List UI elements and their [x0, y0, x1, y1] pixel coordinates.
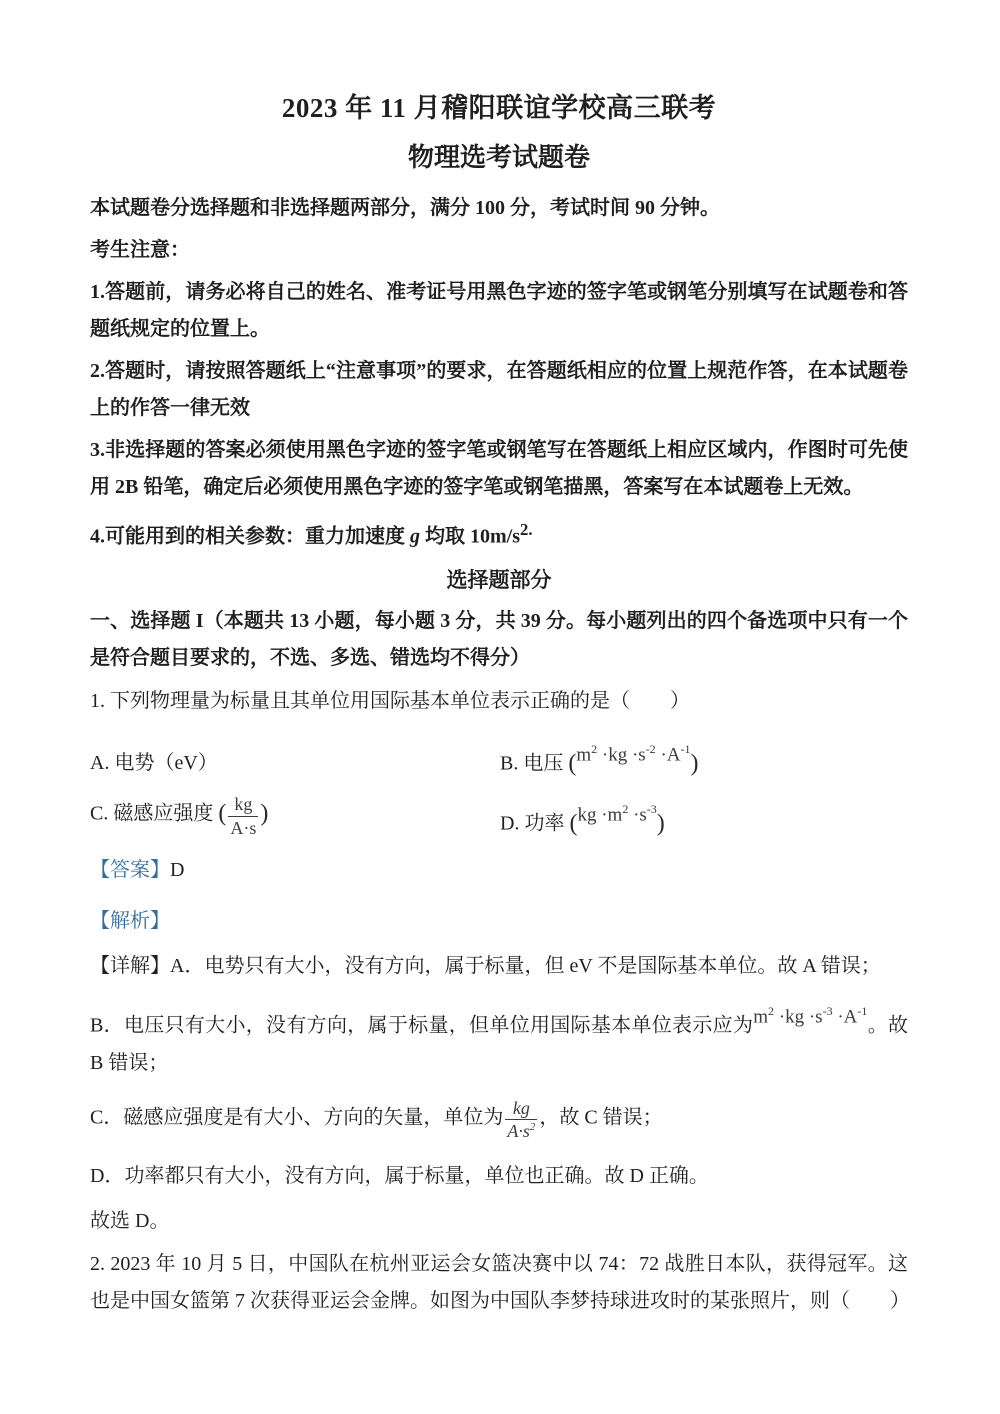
q1-options-row-2: C. 磁感应强度 (kgA·s) D. 功率 (kg ·m2 ·s-3)	[90, 794, 908, 838]
analysis-line: 【解析】	[90, 903, 908, 940]
answer-label: 【答案】	[90, 859, 170, 881]
open-paren: (	[218, 801, 226, 827]
notice-4-mid: 均取 10m/s	[420, 526, 520, 548]
q1-option-c-label: C. 磁感应强度	[90, 803, 218, 825]
exam-intro: 本试题卷分选择题和非选择题两部分，满分 100 分，考试时间 90 分钟。	[90, 190, 908, 227]
part1-heading: 一、选择题 I（本题共 13 小题，每小题 3 分，共 39 分。每小题列出的四…	[90, 603, 908, 677]
q1-option-d-unit: kg ·m2 ·s-3	[577, 794, 656, 830]
open-paren: (	[569, 810, 577, 836]
notice-4: 4.可能用到的相关参数：重力加速度 g 均取 10m/s2.	[90, 511, 908, 556]
exam-title: 2023 年 11 月稽阳联谊学校高三联考	[90, 86, 908, 125]
detail-line-c: C．磁感应强度是有大小、方向的矢量，单位为kgA·s2，故 C 错误；	[90, 1098, 908, 1142]
detail-line-a: 【详解】A．电势只有大小，没有方向，属于标量，但 eV 不是国际基本单位。故 A…	[90, 948, 908, 985]
q1-option-a: A. 电势（eV）	[90, 748, 500, 778]
q1-option-c-fraction: kgA·s	[228, 794, 258, 838]
notice-2: 2.答题时，请按照答题纸上“注意事项”的要求，在答题纸相应的位置上规范作答，在本…	[90, 353, 908, 427]
detail-label: 【详解】	[90, 955, 170, 977]
question-1-stem: 1. 下列物理量为标量且其单位用国际基本单位表示正确的是（ ）	[90, 683, 908, 720]
q1-option-b-unit: m2 ·kg ·s-2 ·A-1	[576, 734, 690, 770]
detail-b-unit: m2 ·kg ·s-3 ·A-1	[753, 993, 867, 1035]
close-paren: )	[691, 750, 699, 776]
q1-option-c: C. 磁感应强度 (kgA·s)	[90, 794, 500, 838]
notice-4-sup: 2.	[520, 520, 533, 539]
notice-3: 3.非选择题的答案必须使用黑色字迹的签字笔或钢笔写在答题纸上相应区域内，作图时可…	[90, 432, 908, 506]
notice-1: 1.答题前，请务必将自己的姓名、准考证号用黑色字迹的签字笔或钢笔分别填写在试题卷…	[90, 274, 908, 348]
exam-paper-page: 2023 年 11 月稽阳联谊学校高三联考 物理选考试题卷 本试题卷分选择题和非…	[0, 0, 1000, 1414]
close-paren: )	[260, 801, 268, 827]
conclusion-line: 故选 D。	[90, 1203, 908, 1240]
analysis-label: 【解析】	[90, 910, 170, 932]
q1-option-b-label: B. 电压	[500, 752, 568, 774]
notice-4-prefix: 4.可能用到的相关参数：重力加速度	[90, 526, 410, 548]
section-heading: 选择题部分	[90, 564, 908, 594]
close-paren: )	[657, 810, 665, 836]
q1-option-d-label: D. 功率	[500, 812, 569, 834]
q1-option-b: B. 电压 (m2 ·kg ·s-2 ·A-1)	[500, 734, 699, 778]
gravity-symbol: g	[410, 526, 420, 548]
detail-c-fraction: kgA·s2	[505, 1098, 537, 1142]
q1-options-row-1: A. 电势（eV） B. 电压 (m2 ·kg ·s-2 ·A-1)	[90, 734, 908, 778]
answer-value: D	[170, 859, 184, 881]
notice-heading: 考生注意：	[90, 232, 908, 269]
q1-option-d: D. 功率 (kg ·m2 ·s-3)	[500, 794, 665, 838]
detail-line-b: B．电压只有大小，没有方向，属于标量，但单位用国际基本单位表示应为m2 ·kg …	[90, 993, 908, 1081]
answer-line: 【答案】D	[90, 852, 908, 889]
detail-line-d: D．功率都只有大小，没有方向，属于标量，单位也正确。故 D 正确。	[90, 1158, 908, 1195]
open-paren: (	[568, 750, 576, 776]
exam-subtitle: 物理选考试题卷	[90, 137, 908, 174]
question-2-stem: 2. 2023 年 10 月 5 日，中国队在杭州亚运会女篮决赛中以 74：72…	[90, 1246, 908, 1320]
